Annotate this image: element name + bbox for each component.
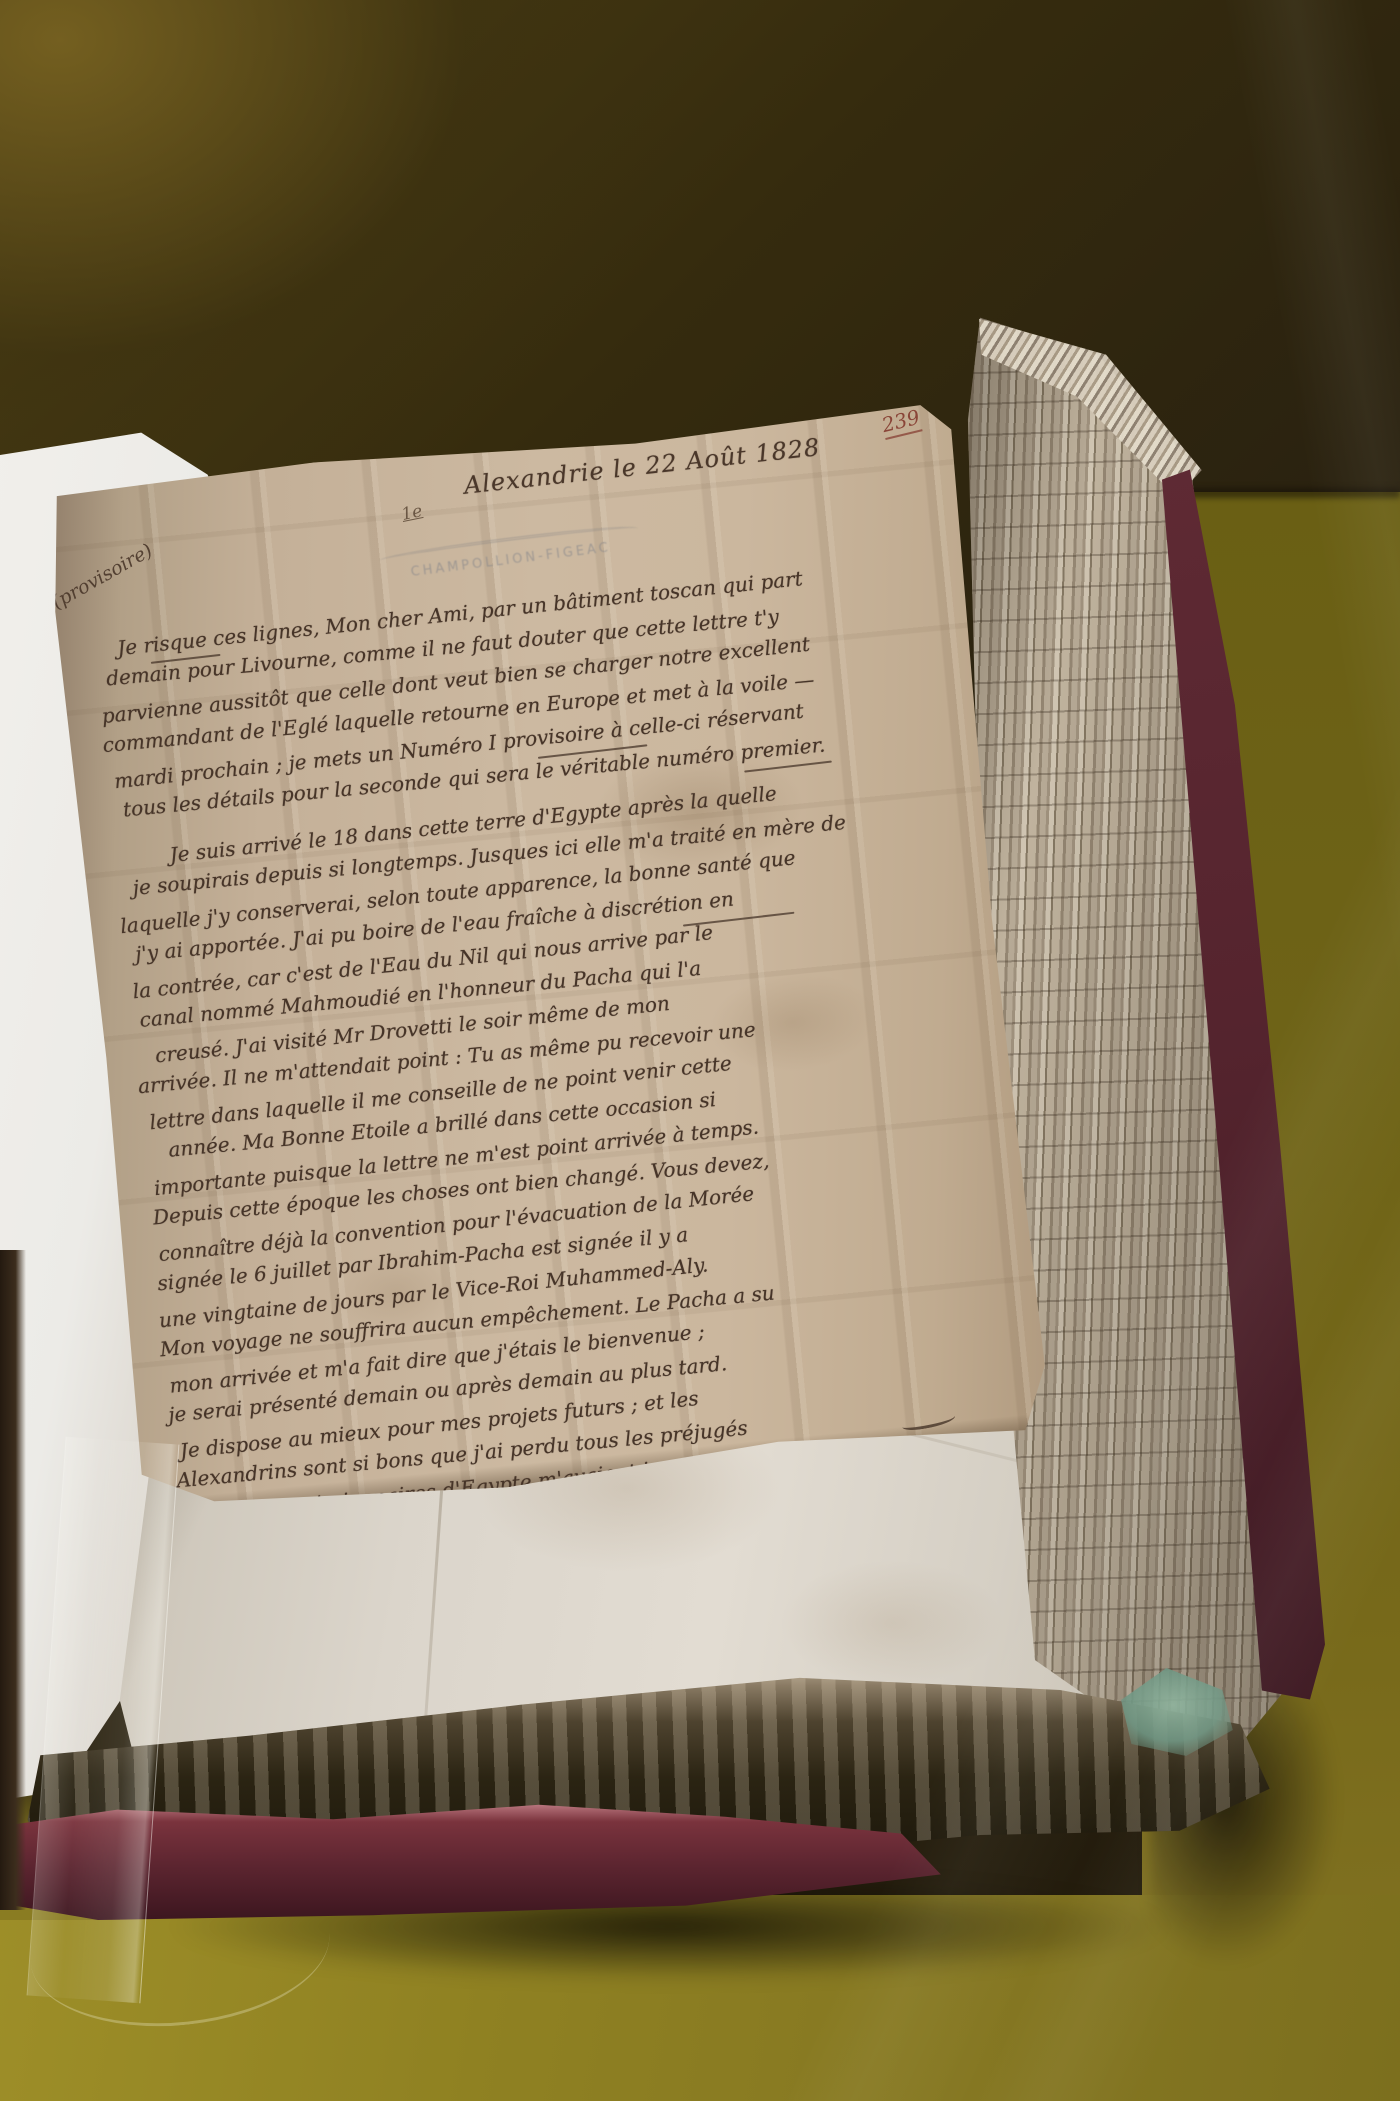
manuscript-letter-page: (provisoire) 1e CHAMPOLLION-FIGEAC Alexa… <box>41 398 1054 1527</box>
letter-body-text: Je risque ces lignes, Mon cher Ami, par … <box>90 551 1020 1533</box>
collection-stamp: CHAMPOLLION-FIGEAC <box>349 518 670 587</box>
numbering-mark: 1e <box>400 501 424 525</box>
folio-page-number: 239 <box>879 405 922 440</box>
photo-scene: (provisoire) 1e CHAMPOLLION-FIGEAC Alexa… <box>0 0 1400 2101</box>
provisoire-annotation: (provisoire) <box>48 539 156 613</box>
left-cover-board-edge <box>0 1250 26 1910</box>
